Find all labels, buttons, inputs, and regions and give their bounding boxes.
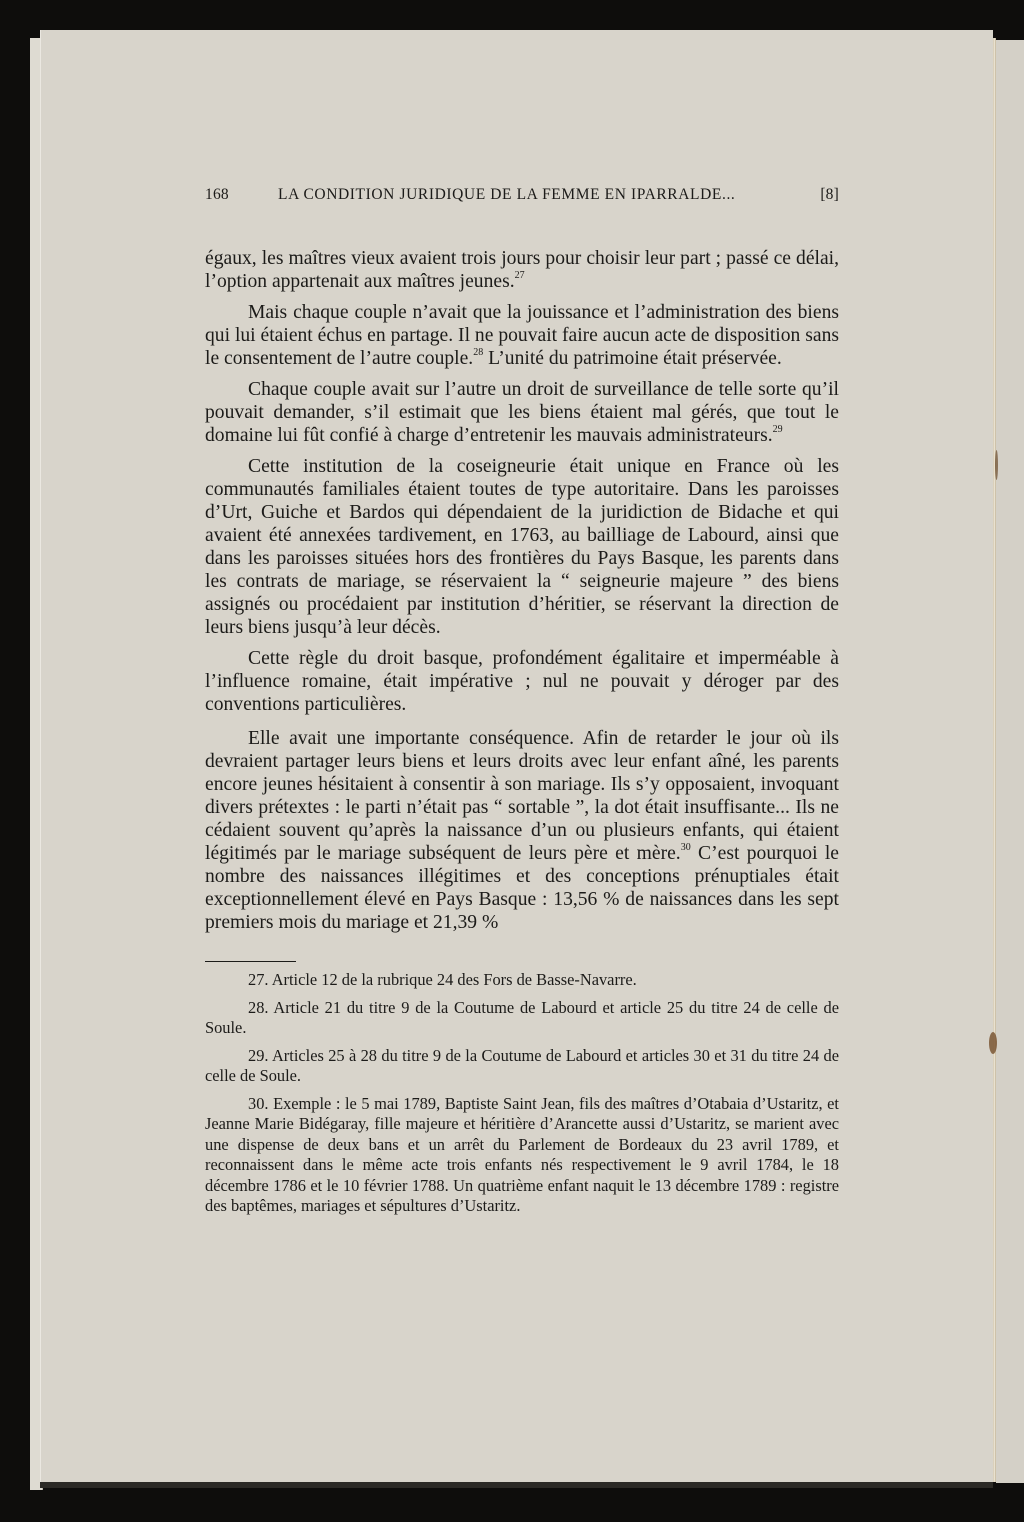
running-header: 168 LA CONDITION JURIDIQUE DE LA FEMME E… <box>205 186 839 212</box>
footnote-28: 28. Article 21 du titre 9 de la Coutume … <box>205 998 839 1039</box>
paragraph: Mais chaque couple n’avait que la jouiss… <box>205 301 839 370</box>
section-marker: [8] <box>809 186 839 204</box>
paper-stain <box>989 1032 997 1054</box>
paragraph-text: Chaque couple avait sur l’autre un droit… <box>205 379 839 446</box>
paragraph: Cette institution de la coseigneurie éta… <box>205 455 839 639</box>
scan-scene: 168 LA CONDITION JURIDIQUE DE LA FEMME E… <box>0 0 1024 1522</box>
footnote-30: 30. Exemple : le 5 mai 1789, Baptiste Sa… <box>205 1094 839 1217</box>
body-text: égaux, les maîtres vieux avaient trois j… <box>205 247 839 934</box>
running-title: LA CONDITION JURIDIQUE DE LA FEMME EN IP… <box>278 186 809 204</box>
page-number: 168 <box>205 186 278 204</box>
paragraph-text: L’unité du patrimoine était préservée. <box>483 348 782 369</box>
footnote-separator <box>205 961 296 962</box>
footnote-ref[interactable]: 30 <box>681 842 691 853</box>
paragraph-text: Cette règle du droit basque, profondémen… <box>205 648 839 715</box>
footnote-text: Article 12 de la rubrique 24 des Fors de… <box>272 970 637 989</box>
footnote-ref[interactable]: 28 <box>473 347 483 358</box>
footnote-ref[interactable]: 27 <box>515 270 525 281</box>
paragraph: Elle avait une importante conséquence. A… <box>205 727 839 934</box>
paragraph: égaux, les maîtres vieux avaient trois j… <box>205 247 839 293</box>
page-content: 168 LA CONDITION JURIDIQUE DE LA FEMME E… <box>205 186 839 1224</box>
footnote-27: 27. Article 12 de la rubrique 24 des For… <box>205 970 839 991</box>
footnote-text: Exemple : le 5 mai 1789, Baptiste Saint … <box>205 1094 839 1216</box>
footnote-number: 29. <box>248 1046 269 1065</box>
footnotes: 27. Article 12 de la rubrique 24 des For… <box>205 970 839 1217</box>
facing-page-edge <box>996 40 1024 1483</box>
footnote-number: 28. <box>248 998 269 1017</box>
footnote-number: 27. <box>248 970 269 989</box>
paragraph: Chaque couple avait sur l’autre un droit… <box>205 378 839 447</box>
footnote-29: 29. Articles 25 à 28 du titre 9 de la Co… <box>205 1046 839 1087</box>
paper-stain <box>995 450 998 480</box>
paragraph-text: Cette institution de la coseigneurie éta… <box>205 456 839 638</box>
footnote-text: Articles 25 à 28 du titre 9 de la Coutum… <box>205 1046 839 1086</box>
paragraph: Cette règle du droit basque, profondémen… <box>205 647 839 716</box>
footnote-ref[interactable]: 29 <box>773 424 783 435</box>
footnote-text: Article 21 du titre 9 de la Coutume de L… <box>205 998 839 1038</box>
footnote-number: 30. <box>248 1094 269 1113</box>
